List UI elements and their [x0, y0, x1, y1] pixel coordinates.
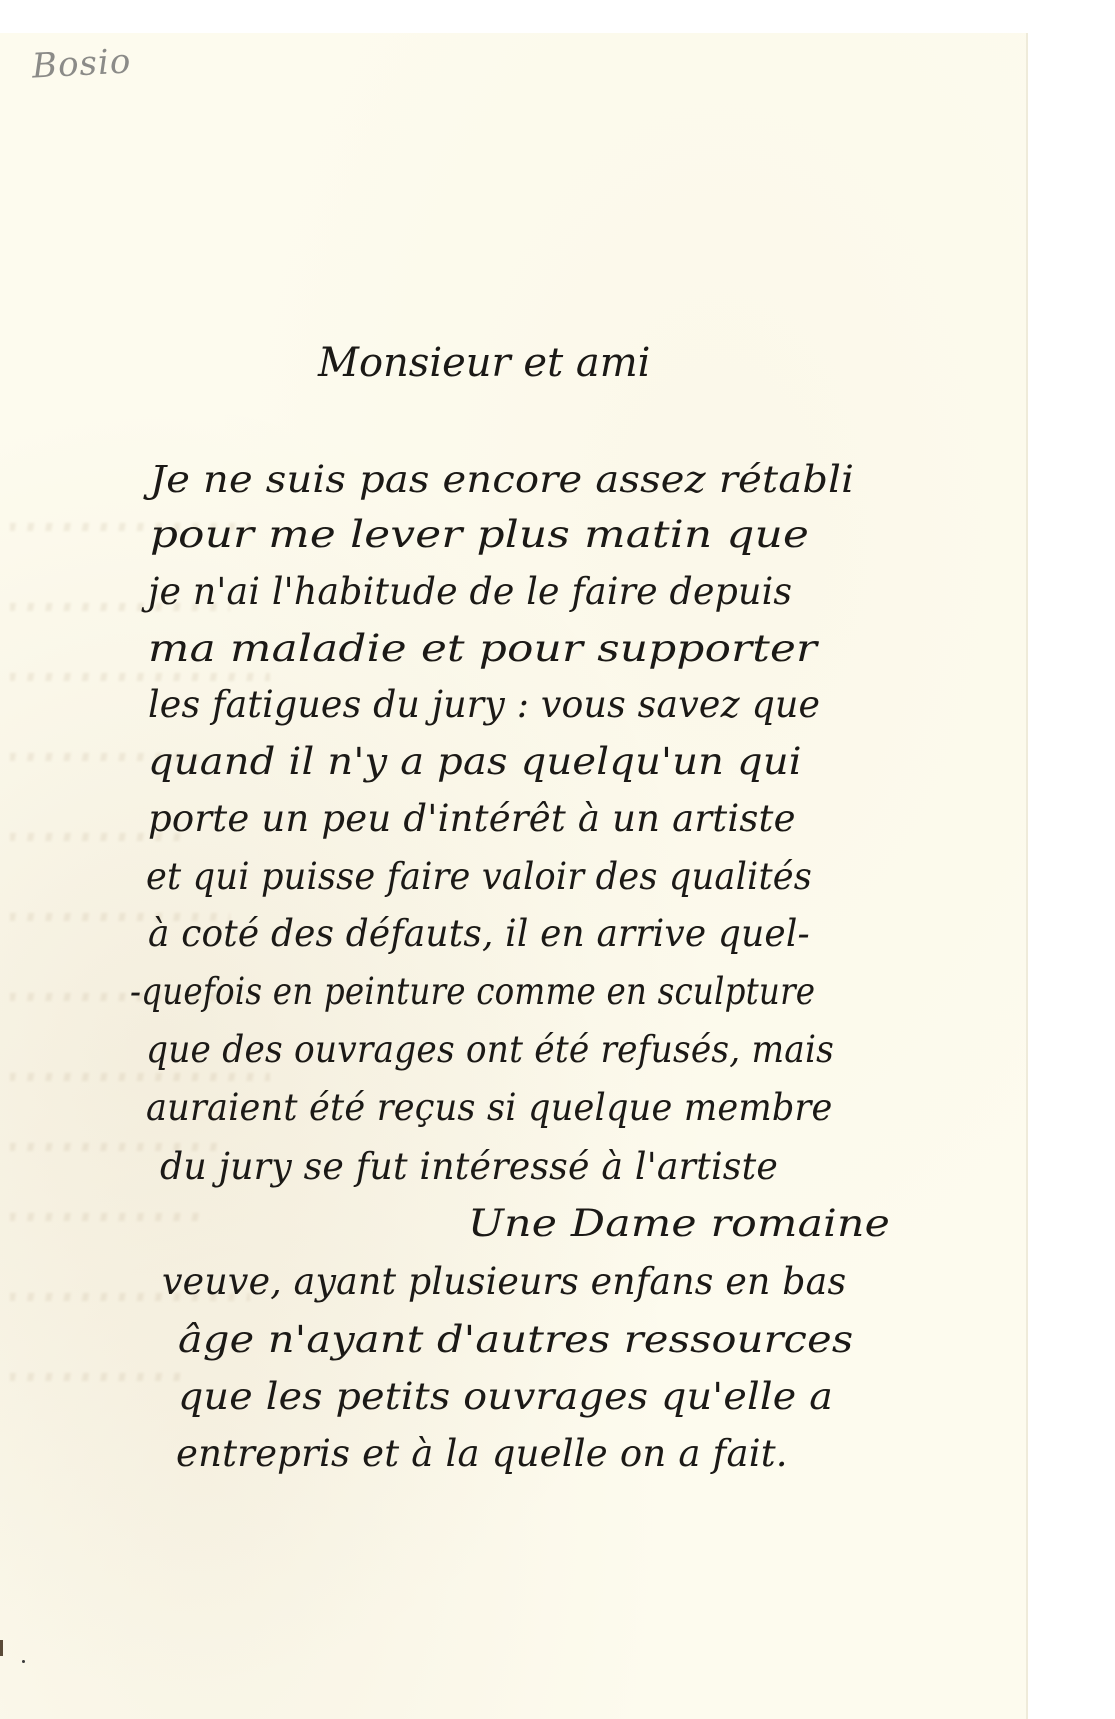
letter-line: âge n'ayant d'autres ressources: [178, 1318, 853, 1361]
letter-line: les fatigues du jury : vous savez que: [148, 683, 820, 726]
letter-line: porte un peu d'intérêt à un artiste: [148, 797, 796, 840]
edge-mark: [0, 1640, 3, 1656]
pencil-annotation: Bosio: [31, 41, 132, 86]
letter-line: et qui puisse faire valoir des qualités: [146, 855, 812, 898]
letter-line: à coté des défauts, il en arrive quel-: [148, 912, 810, 955]
letter-line: veuve, ayant plusieurs enfans en bas: [162, 1260, 846, 1303]
letter-line: que les petits ouvrages qu'elle a: [178, 1375, 833, 1418]
letter-line: entrepris et à la quelle on a fait.: [176, 1432, 788, 1475]
bleed-through-line: [10, 1073, 270, 1081]
letter-line: Une Dame romaine: [468, 1202, 890, 1245]
letter-line: ma maladie et pour supporter: [148, 627, 817, 670]
letter-line: auraient été reçus si quelque membre: [146, 1086, 833, 1129]
salutation: Monsieur et ami: [318, 340, 650, 386]
letter-line: quand il n'y a pas quelqu'un qui: [148, 740, 802, 783]
letter-line: du jury se fut intéressé à l'artiste: [160, 1145, 778, 1188]
letter-line: pour me lever plus matin que: [150, 513, 809, 556]
bleed-through-line: [10, 673, 270, 681]
edge-dot: [22, 1660, 25, 1663]
bleed-through-line: [10, 1213, 210, 1221]
letter-line: que des ouvrages ont été refusés, mais: [146, 1028, 834, 1071]
letter-line: je n'ai l'habitude de le faire depuis: [148, 570, 792, 613]
letter-line: Je ne suis pas encore assez rétabli: [150, 458, 854, 501]
bleed-through-line: [10, 1373, 190, 1381]
letter-line: -quefois en peinture comme en sculpture: [130, 970, 815, 1013]
